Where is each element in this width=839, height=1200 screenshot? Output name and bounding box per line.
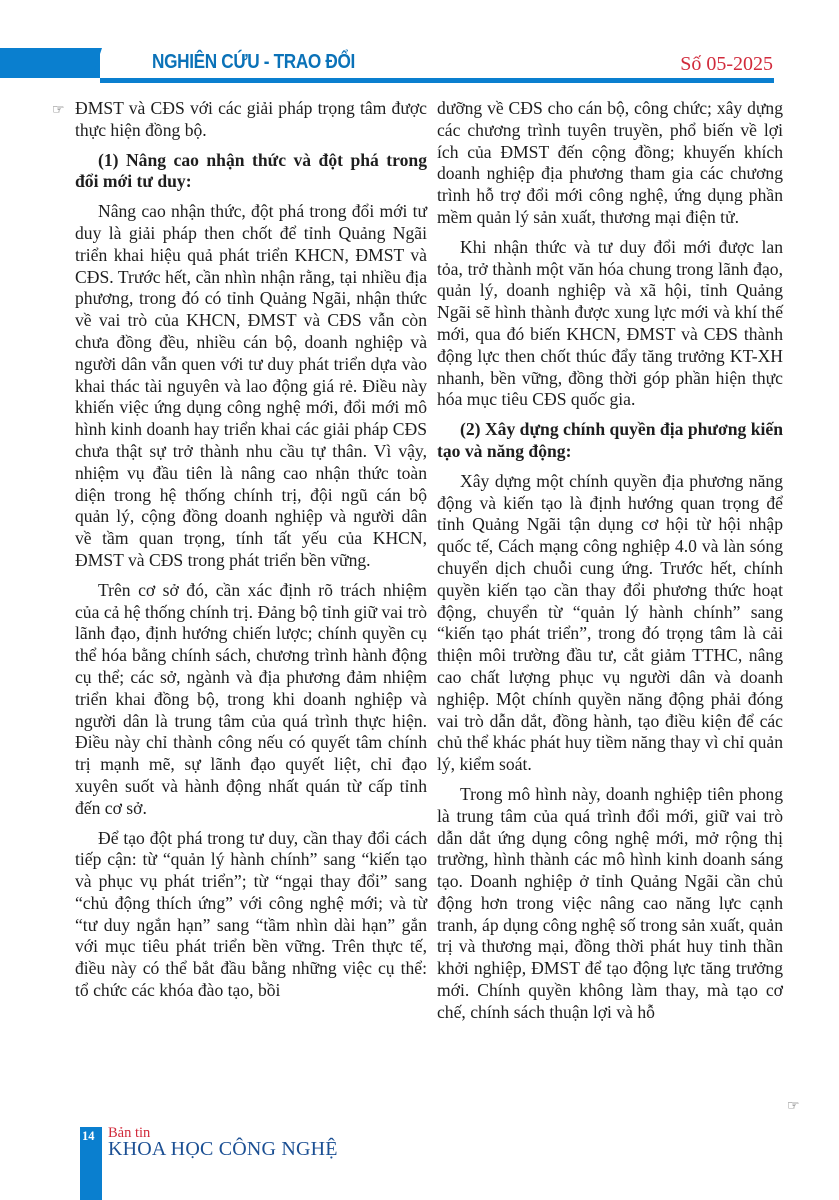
- paragraph: dưỡng về CĐS cho cán bộ, công chức; xây …: [437, 98, 783, 229]
- page-number: 14: [82, 1129, 95, 1144]
- header-accent-bar: [0, 48, 100, 78]
- paragraph: Khi nhận thức và tư duy đổi mới được lan…: [437, 237, 783, 411]
- issue-number: Số 05-2025: [680, 53, 773, 76]
- article-column-right: dưỡng về CĐS cho cán bộ, công chức; xây …: [437, 98, 783, 1032]
- section-heading: (1) Nâng cao nhận thức và đột phá trong …: [75, 150, 427, 194]
- pointing-hand-icon: ☞: [52, 102, 65, 118]
- publication-name: KHOA HỌC CÔNG NGHỆ: [108, 1138, 338, 1161]
- paragraph: Trong mô hình này, doanh nghiệp tiên pho…: [437, 784, 783, 1024]
- paragraph: Trên cơ sở đó, cần xác định rõ trách nhi…: [75, 580, 427, 820]
- section-heading: (2) Xây dựng chính quyền địa phương kiến…: [437, 419, 783, 463]
- article-column-left: ĐMST và CĐS với các giải pháp trọng tâm …: [75, 98, 427, 1010]
- paragraph: Xây dựng một chính quyền địa phương năng…: [437, 471, 783, 776]
- paragraph: ĐMST và CĐS với các giải pháp trọng tâm …: [75, 98, 427, 142]
- header-accent-slant: [92, 48, 102, 78]
- paragraph: Nâng cao nhận thức, đột phá trong đổi mớ…: [75, 201, 427, 572]
- pointing-hand-icon: ☞: [787, 1098, 800, 1114]
- header-rule: [100, 78, 774, 83]
- section-title: NGHIÊN CỨU - TRAO ĐỔI: [152, 51, 355, 74]
- paragraph: Để tạo đột phá trong tư duy, cần thay đổ…: [75, 828, 427, 1002]
